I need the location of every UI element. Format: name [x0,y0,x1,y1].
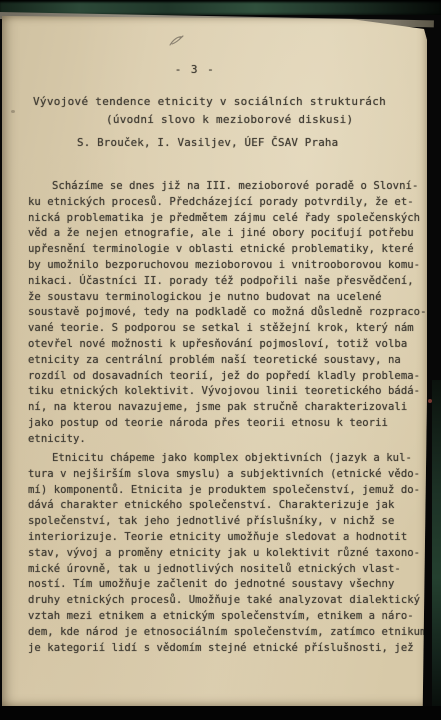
text-line: že soustavu terminologickou je nutno bud… [28,290,422,306]
text-line: jako postup od teorie národa přes teorii… [28,416,422,432]
text-line: soustavě pojmové, tedy na podkladě co mo… [28,305,422,321]
text-line: věd a že nejen etnografie, ale i jiné ob… [28,226,422,242]
text-line: etnicity. [28,432,422,448]
text-line: upřesnění terminologie v oblasti etnické… [28,242,422,258]
text-line: by umožnilo bezporuchovou mezioborovou i… [28,258,422,274]
text-line: nická problematika je předmětem zájmu ce… [28,211,422,227]
text-line: vztah mezi etnikem a etnickým společenst… [28,609,422,625]
byline: S. Brouček, I. Vasiljev, ÚEF ČSAV Praha [77,136,338,149]
red-speck [428,399,432,403]
text-line: otevřel nové možnosti k upřesňování pojm… [28,337,422,353]
text-line: ku etnických procesů. Předcházející pora… [28,195,422,211]
text-line: dem, kde národ je etnosociálním společen… [28,625,422,641]
title-line-1: Vývojové tendence etnicity v sociálních … [33,95,386,108]
paragraph: Etnicitu chápeme jako komplex objektivní… [28,451,422,656]
page-number: - 3 - [2,63,388,76]
text-line: Scházíme se dnes již na III. mezioborové… [28,179,422,195]
text-line: interiorizuje. Teorie etnicity umožňuje … [28,530,422,546]
document-page: - 3 - Vývojové tendence etnicity v sociá… [2,16,427,706]
text-line: etnicity za centrální problém naší teore… [28,353,422,369]
text-line: dává charakter etnického společenství. C… [28,498,422,514]
text-line: tiku etnických kolektivit. Vývojovou lin… [28,384,422,400]
text-line: tura v nejširším slova smyslu) a subjekt… [28,467,422,483]
text-line: ností. Tím umožňuje začlenit do jednotné… [28,577,422,593]
text-line: mické úrovně, tak u jednotlivých nositel… [28,562,422,578]
text-line: rozdíl od dosavadních teorií, jež do pop… [28,369,422,385]
text-line: je kategorií lidí s vědomím stejné etnic… [28,641,422,657]
scanned-page-photo: - 3 - Vývojové tendence etnicity v sociá… [0,0,441,720]
text-line: druhy etnických procesů. Umožňuje také a… [28,593,422,609]
paragraph: Scházíme se dnes již na III. mezioborové… [28,179,422,448]
text-line: vané teorie. S podporou se setkal i stěž… [28,321,422,337]
book-cover-right-edge [432,380,441,710]
text-line: nikaci. Účastníci II. porady též podpoři… [28,274,422,290]
text-line: mí) komponentů. Etnicita je produktem sp… [28,483,422,499]
text-line: Etnicitu chápeme jako komplex objektivní… [28,451,422,467]
pen-mark [167,32,187,50]
title-line-2: (úvodní slovo k mezioborové diskusi) [106,113,353,126]
text-line: stav, vývoj a proměny etnicity jak u kol… [28,546,422,562]
paper-stain [11,110,15,113]
body-text: Scházíme se dnes již na III. mezioborové… [28,179,422,656]
photo-black-border [0,706,441,720]
text-line: ní, na kterou navazujeme, jsme pak struč… [28,400,422,416]
text-line: společenství, tak jeho jednotlivé příslu… [28,514,422,530]
